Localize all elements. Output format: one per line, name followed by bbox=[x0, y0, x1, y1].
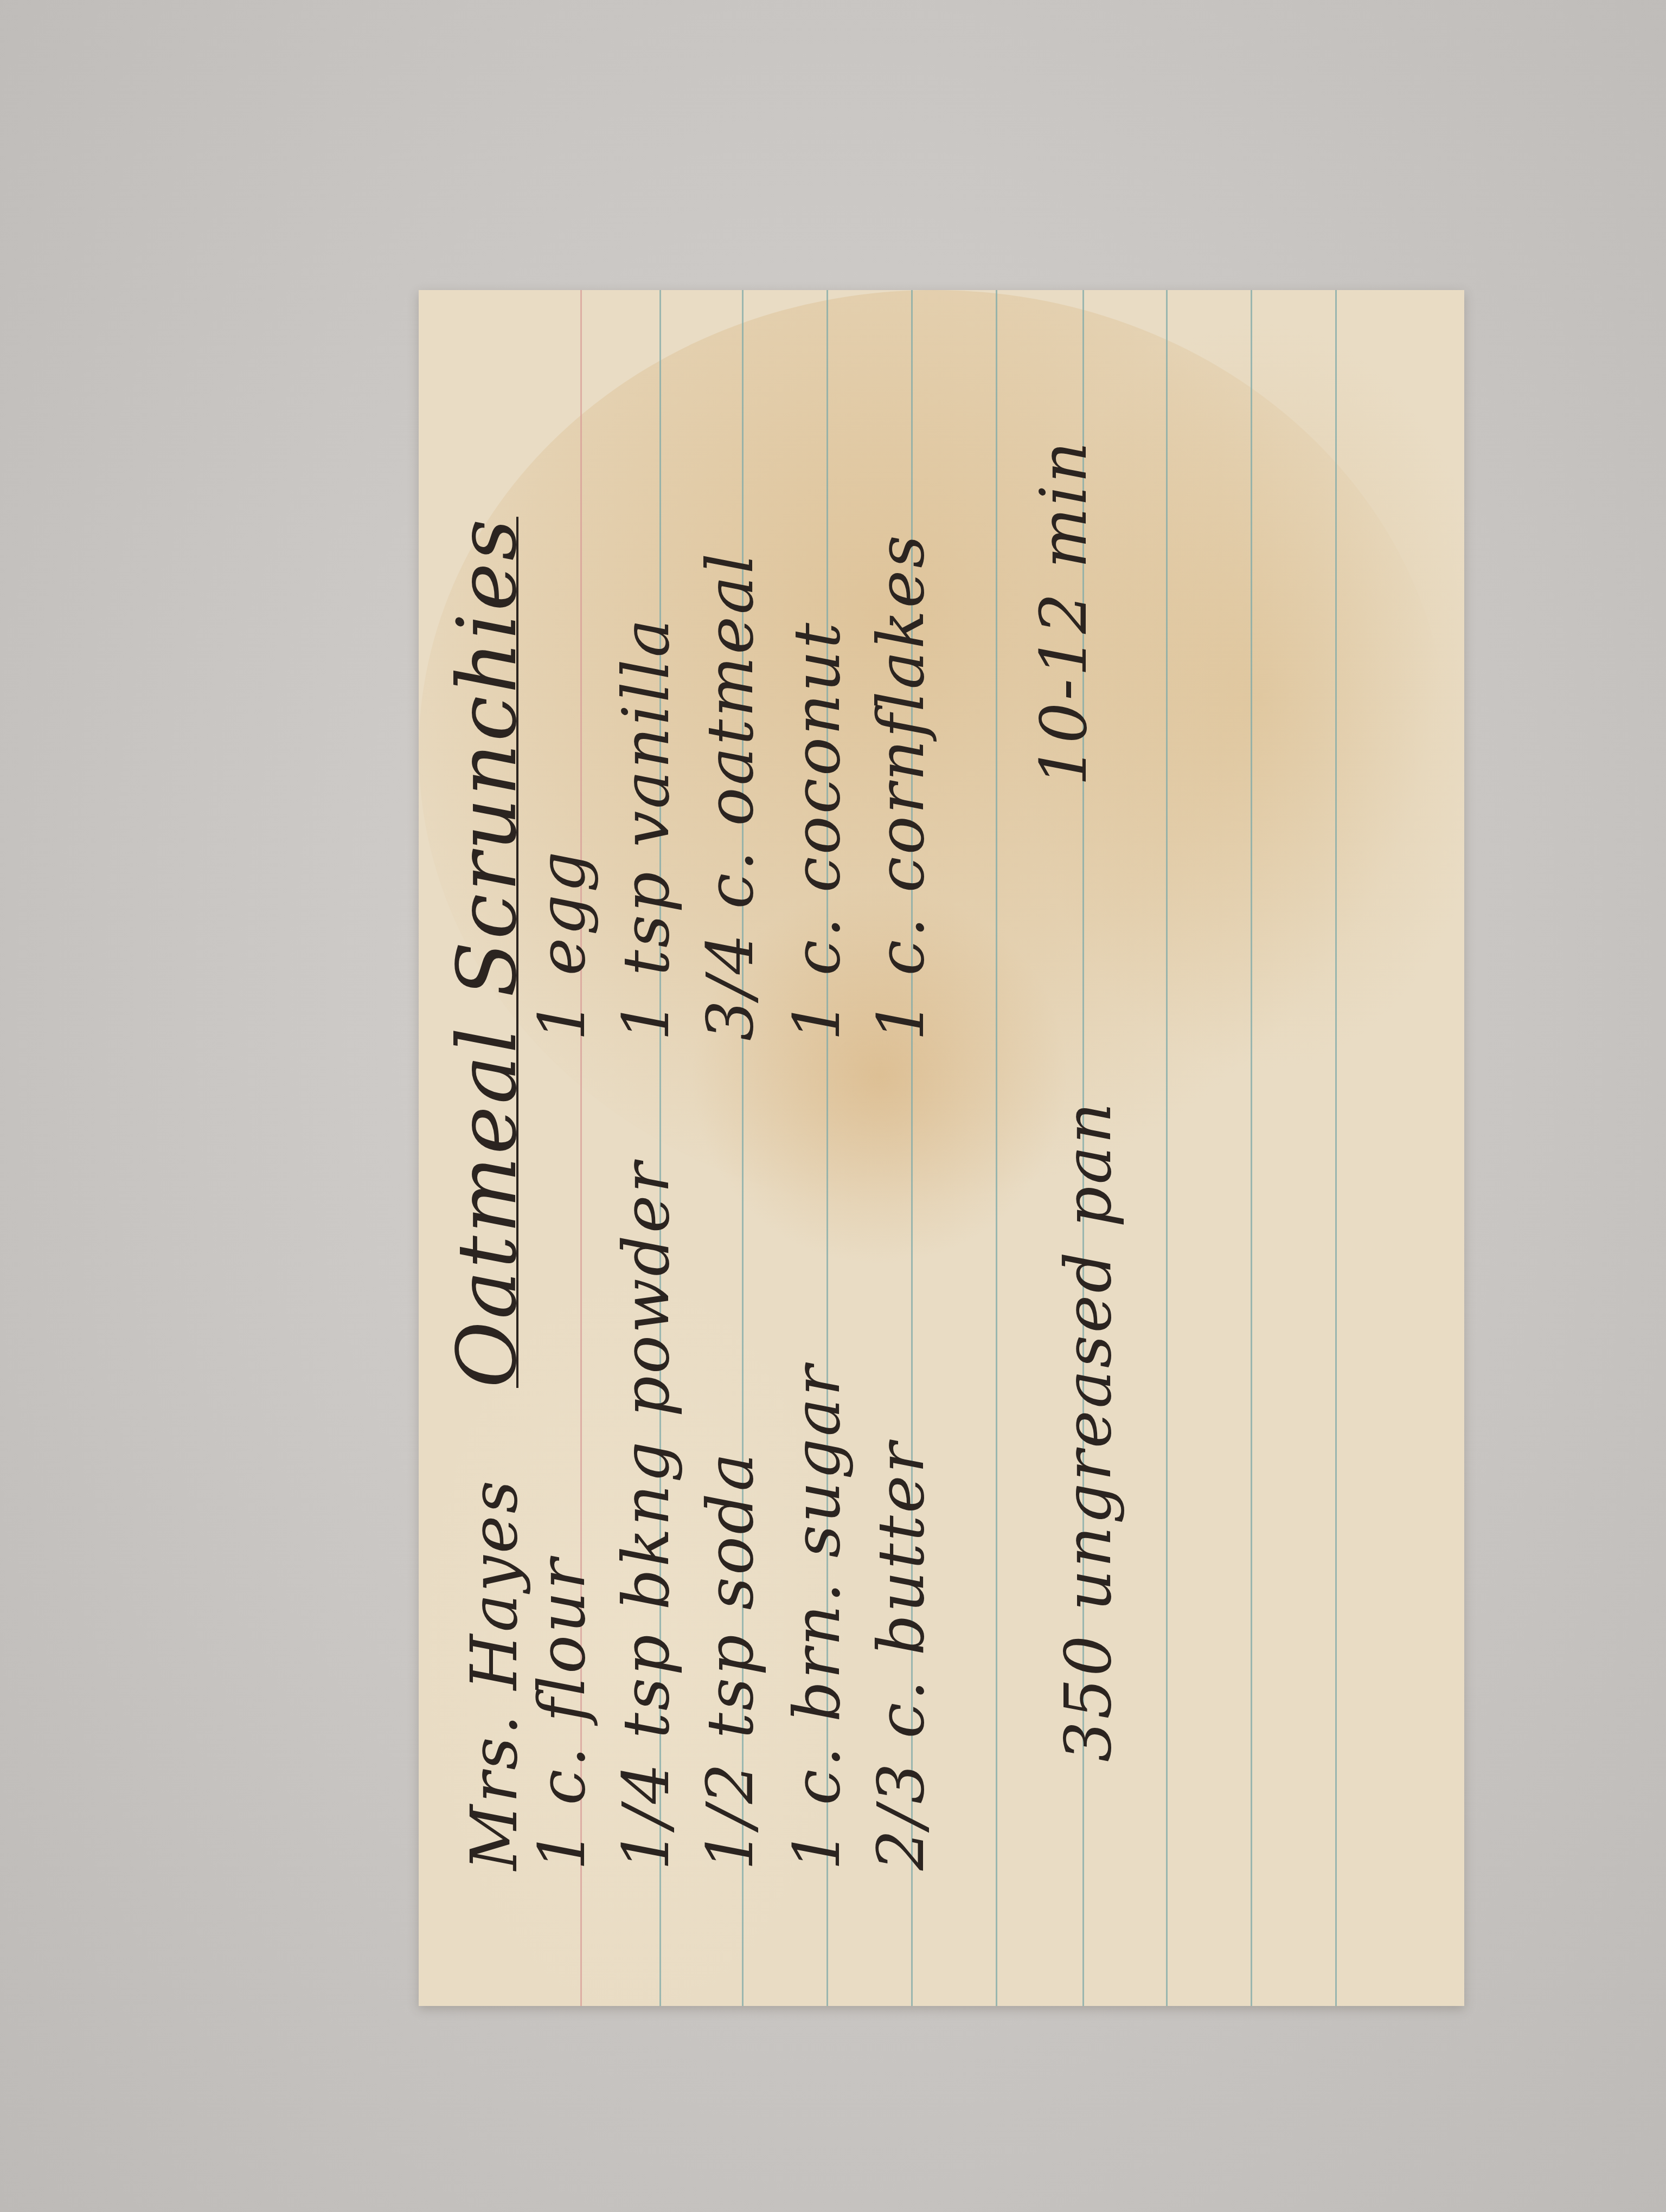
ingredient: 1 egg bbox=[524, 850, 599, 1041]
ingredient: 1 tsp vanilla bbox=[608, 617, 683, 1041]
ingredient: 1 c. flour bbox=[524, 1557, 599, 1870]
ingredient: 1 c. brn. sugar bbox=[779, 1364, 854, 1871]
ingredient: 1/2 tsp soda bbox=[693, 1451, 767, 1870]
ingredient: 1 c. coconut bbox=[779, 621, 854, 1041]
ingredient: 1 c. cornflakes bbox=[863, 533, 938, 1041]
baking-instructions: 350 ungreased pan bbox=[1050, 1101, 1125, 1762]
recipe-author: Mrs. Hayes bbox=[457, 1478, 531, 1870]
ingredient: 1/4 tsp bkng powder bbox=[608, 1160, 683, 1870]
bake-time: 10-12 min bbox=[1026, 440, 1101, 786]
handwriting: Mrs. Hayes Oatmeal Scrunchies 1 c. flour… bbox=[419, 290, 1464, 2006]
recipe-card: Mrs. Hayes Oatmeal Scrunchies 1 c. flour… bbox=[419, 290, 1464, 2006]
recipe-title: Oatmeal Scrunchies bbox=[440, 517, 535, 1388]
ingredient: 2/3 c. butter bbox=[863, 1441, 938, 1870]
ingredient: 3/4 c. oatmeal bbox=[693, 551, 767, 1041]
